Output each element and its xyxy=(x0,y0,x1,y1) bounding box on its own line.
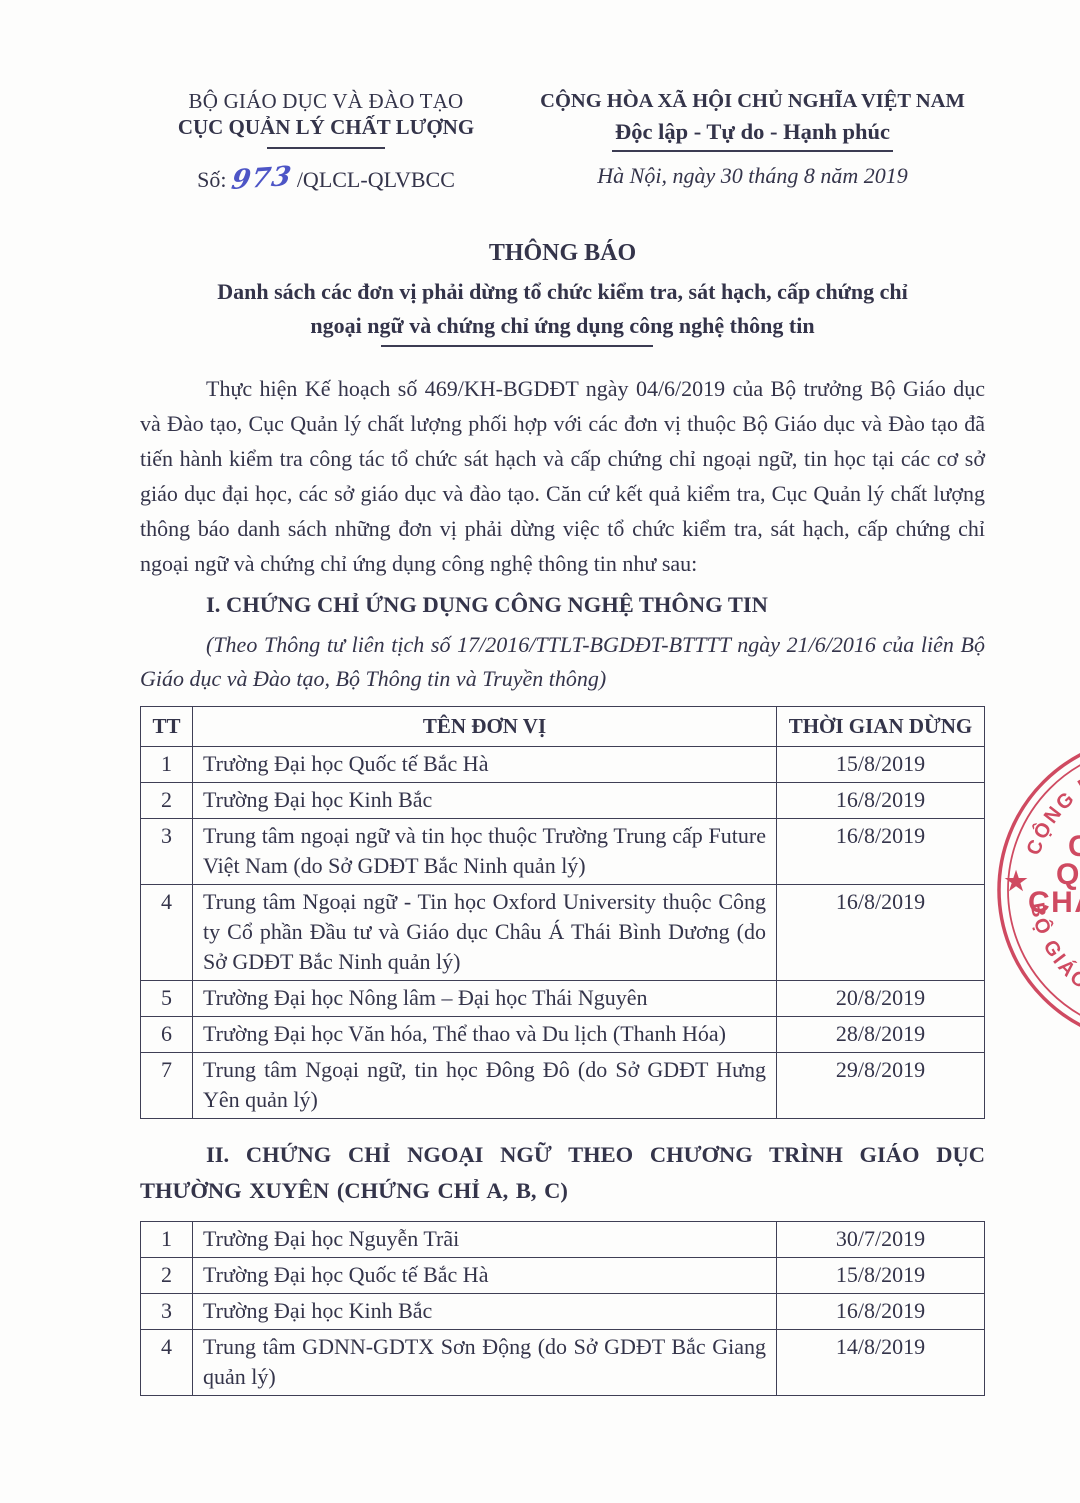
org-underline xyxy=(267,147,385,149)
document-header: BỘ GIÁO DỤC VÀ ĐÀO TẠO CỤC QUẢN LÝ CHẤT … xyxy=(140,88,985,195)
table-row: 1 Trường Đại học Nguyễn Trãi 30/7/2019 xyxy=(141,1222,985,1258)
table-row: 6 Trường Đại học Văn hóa, Thể thao và Du… xyxy=(141,1017,985,1053)
it-certificates-table: TT TÊN ĐƠN VỊ THỜI GIAN DỪNG 1 Trường Đạ… xyxy=(140,706,985,1119)
cell-date: 16/8/2019 xyxy=(777,885,985,981)
cell-tt: 4 xyxy=(141,1330,193,1396)
cell-date: 20/8/2019 xyxy=(777,981,985,1017)
cell-tt: 2 xyxy=(141,783,193,819)
cell-tt: 4 xyxy=(141,885,193,981)
document-subtitle-line1: Danh sách các đơn vị phải dừng tổ chức k… xyxy=(140,275,985,309)
national-motto-text: Độc lập - Tự do - Hạnh phúc xyxy=(612,119,893,152)
place-dateline: Hà Nội, ngày 30 tháng 8 năm 2019 xyxy=(520,163,985,189)
title-rule xyxy=(381,345,653,347)
section-1-note: (Theo Thông tư liên tịch số 17/2016/TTLT… xyxy=(140,628,985,696)
cell-date: 29/8/2019 xyxy=(777,1053,985,1119)
document-number-suffix: /QLCL-QLVBCC xyxy=(297,167,455,192)
table-row: 1 Trường Đại học Quốc tế Bắc Hà 15/8/201… xyxy=(141,747,985,783)
section-2-heading: II. CHỨNG CHỈ NGOẠI NGỮ THEO CHƯƠNG TRÌN… xyxy=(140,1137,985,1209)
cell-name: Trường Đại học Nông lâm – Đại học Thái N… xyxy=(193,981,777,1017)
national-motto-block: CỘNG HÒA XÃ HỘI CHỦ NGHĨA VIỆT NAM Độc l… xyxy=(512,88,985,189)
document-content: BỘ GIÁO DỤC VÀ ĐÀO TẠO CỤC QUẢN LÝ CHẤT … xyxy=(0,0,1080,1396)
cell-tt: 3 xyxy=(141,819,193,885)
header-cell-name: TÊN ĐƠN VỊ xyxy=(193,707,777,747)
cell-name: Trung tâm Ngoại ngữ - Tin học Oxford Uni… xyxy=(193,885,777,981)
cell-name: Trường Đại học Kinh Bắc xyxy=(193,783,777,819)
cell-date: 30/7/2019 xyxy=(777,1222,985,1258)
org-parent-name: BỘ GIÁO DỤC VÀ ĐÀO TẠO xyxy=(140,88,512,114)
table-row: 2 Trường Đại học Kinh Bắc 16/8/2019 xyxy=(141,783,985,819)
cell-tt: 6 xyxy=(141,1017,193,1053)
cell-name: Trung tâm GDNN-GDTX Sơn Động (do Sở GDĐT… xyxy=(193,1330,777,1396)
table-row: 7 Trung tâm Ngoại ngữ, tin học Đông Đô (… xyxy=(141,1053,985,1119)
cell-tt: 1 xyxy=(141,1222,193,1258)
document-number: Số: 973 /QLCL-QLVBCC xyxy=(140,164,512,195)
cell-name: Trường Đại học Văn hóa, Thể thao và Du l… xyxy=(193,1017,777,1053)
issuing-org-block: BỘ GIÁO DỤC VÀ ĐÀO TẠO CỤC QUẢN LÝ CHẤT … xyxy=(140,88,512,195)
header-cell-date: THỜI GIAN DỪNG xyxy=(777,707,985,747)
national-name: CỘNG HÒA XÃ HỘI CHỦ NGHĨA VIỆT NAM xyxy=(520,88,985,114)
cell-name: Trường Đại học Kinh Bắc xyxy=(193,1294,777,1330)
cell-tt: 7 xyxy=(141,1053,193,1119)
document-title: THÔNG BÁO xyxy=(140,237,985,269)
cell-name: Trường Đại học Quốc tế Bắc Hà xyxy=(193,1258,777,1294)
cell-name: Trung tâm ngoại ngữ và tin học thuộc Trư… xyxy=(193,819,777,885)
cell-date: 16/8/2019 xyxy=(777,819,985,885)
section-1-heading: I. CHỨNG CHỈ ỨNG DỤNG CÔNG NGHỆ THÔNG TI… xyxy=(140,587,985,622)
table-header-row: TT TÊN ĐƠN VỊ THỜI GIAN DỪNG xyxy=(141,707,985,747)
cell-tt: 3 xyxy=(141,1294,193,1330)
document-page: BỘ GIÁO DỤC VÀ ĐÀO TẠO CỤC QUẢN LÝ CHẤT … xyxy=(0,0,1080,1503)
national-motto: Độc lập - Tự do - Hạnh phúc xyxy=(520,119,985,152)
cell-date: 14/8/2019 xyxy=(777,1330,985,1396)
language-certificates-table: 1 Trường Đại học Nguyễn Trãi 30/7/2019 2… xyxy=(140,1221,985,1396)
cell-date: 16/8/2019 xyxy=(777,783,985,819)
cell-name: Trường Đại học Nguyễn Trãi xyxy=(193,1222,777,1258)
document-subtitle-line2: ngoại ngữ và chứng chỉ ứng dụng công ngh… xyxy=(140,309,985,343)
table-row: 5 Trường Đại học Nông lâm – Đại học Thái… xyxy=(141,981,985,1017)
document-number-prefix: Số: xyxy=(197,167,226,192)
cell-tt: 1 xyxy=(141,747,193,783)
table-row: 3 Trường Đại học Kinh Bắc 16/8/2019 xyxy=(141,1294,985,1330)
cell-date: 16/8/2019 xyxy=(777,1294,985,1330)
table-row: 4 Trung tâm GDNN-GDTX Sơn Động (do Sở GD… xyxy=(141,1330,985,1396)
cell-date: 15/8/2019 xyxy=(777,747,985,783)
cell-date: 15/8/2019 xyxy=(777,1258,985,1294)
intro-paragraph: Thực hiện Kế hoạch số 469/KH-BGDĐT ngày … xyxy=(140,371,985,581)
handwritten-number: 973 xyxy=(229,162,293,196)
org-unit-name: CỤC QUẢN LÝ CHẤT LƯỢNG xyxy=(140,114,512,141)
cell-tt: 5 xyxy=(141,981,193,1017)
cell-name: Trường Đại học Quốc tế Bắc Hà xyxy=(193,747,777,783)
title-block: THÔNG BÁO Danh sách các đơn vị phải dừng… xyxy=(140,237,985,347)
cell-name: Trung tâm Ngoại ngữ, tin học Đông Đô (do… xyxy=(193,1053,777,1119)
cell-date: 28/8/2019 xyxy=(777,1017,985,1053)
table-row: 3 Trung tâm ngoại ngữ và tin học thuộc T… xyxy=(141,819,985,885)
cell-tt: 2 xyxy=(141,1258,193,1294)
table-row: 2 Trường Đại học Quốc tế Bắc Hà 15/8/201… xyxy=(141,1258,985,1294)
header-cell-tt: TT xyxy=(141,707,193,747)
table-row: 4 Trung tâm Ngoại ngữ - Tin học Oxford U… xyxy=(141,885,985,981)
